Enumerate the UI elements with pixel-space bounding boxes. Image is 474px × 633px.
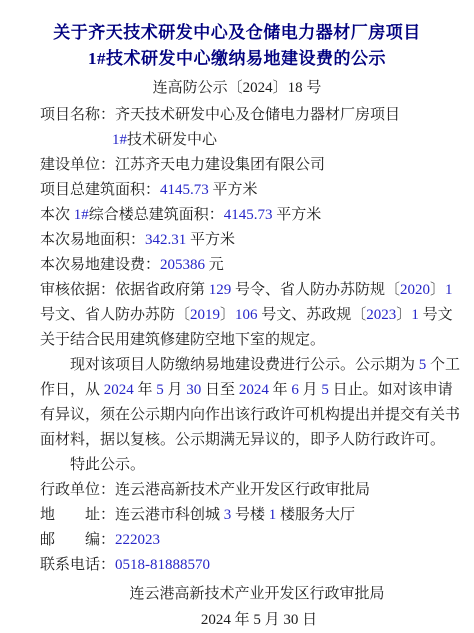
text-segment: 129 bbox=[209, 282, 232, 298]
text-segment: 审核依据：依据省政府第 bbox=[40, 282, 209, 298]
text-segment: 0518-81888570 bbox=[115, 557, 210, 573]
text-segment: 楼服务大厅 bbox=[276, 507, 355, 523]
text-segment: 面材料，据以复核。公示期满无异议的，即予人防行政许可。 bbox=[40, 432, 445, 448]
text-segment: 1 bbox=[411, 307, 419, 323]
text-segment: 205386 bbox=[160, 257, 205, 273]
text-segment: 综合楼总建筑面积： bbox=[89, 207, 224, 223]
doc-number: 连高防公示〔2024〕18 号 bbox=[0, 76, 474, 100]
text-segment: 4145.73 bbox=[224, 207, 273, 223]
text-segment: 5 bbox=[321, 382, 329, 398]
field-project-name: 项目名称：齐天技术研发中心及仓储电力器材厂房项目 bbox=[40, 103, 446, 128]
text-segment: 〕 bbox=[430, 282, 445, 298]
signature-block: 连云港高新技术产业开发区行政审批局 2024 年 5 月 30 日 bbox=[0, 581, 474, 633]
text-segment: 月 bbox=[261, 612, 284, 628]
text-segment: 2024 bbox=[201, 612, 231, 628]
field-project-name-continued: 1#技术研发中心 bbox=[40, 128, 446, 153]
field-postcode: 邮 编：222023 bbox=[40, 528, 446, 553]
text-segment: 1# bbox=[112, 132, 127, 148]
review-basis-line3: 关于结合民用建筑修建防空地下室的规定。 bbox=[40, 328, 446, 353]
text-segment: 5 bbox=[156, 382, 164, 398]
text-segment: 元 bbox=[205, 257, 224, 273]
text-segment: 建设单位：江苏齐天电力建设集团有限公司 bbox=[40, 157, 325, 173]
text-segment: 项目总建筑面积： bbox=[40, 182, 160, 198]
text-segment: 号令、省人防办苏防规〔 bbox=[231, 282, 400, 298]
text-segment: 技术研发中心 bbox=[127, 132, 217, 148]
text-segment: 平方米 bbox=[209, 182, 258, 198]
text-segment: 平方米 bbox=[186, 232, 235, 248]
text-segment: 342.31 bbox=[145, 232, 186, 248]
notice-paragraph-line2: 作日，从 2024 年 5 月 30 日至 2024 年 6 月 5 日止。如对… bbox=[40, 378, 446, 403]
text-segment: 有异议，须在公示期内向作出该行政许可机构提出并提交有关书 bbox=[40, 407, 460, 423]
text-segment: 4145.73 bbox=[160, 182, 209, 198]
text-segment: 现对该项目人防缴纳易地建设费进行公示。公示期为 bbox=[70, 357, 419, 373]
text-segment: 30 bbox=[283, 612, 298, 628]
text-segment: 平方米 bbox=[273, 207, 322, 223]
notice-title-line1: 关于齐天技术研发中心及仓储电力器材厂房项目 bbox=[0, 20, 474, 46]
text-segment: 连高防公示〔 bbox=[153, 80, 243, 96]
text-segment: 号文、苏政规〔 bbox=[258, 307, 367, 323]
text-segment: 〕 bbox=[396, 307, 411, 323]
text-segment: 2024 bbox=[104, 382, 134, 398]
text-segment: 关于结合民用建筑修建防空地下室的规定。 bbox=[40, 332, 325, 348]
text-segment: 2020 bbox=[400, 282, 430, 298]
text-segment: 1 bbox=[445, 282, 453, 298]
text-segment: 106 bbox=[235, 307, 258, 323]
text-segment: 1# bbox=[74, 207, 89, 223]
field-phone: 联系电话：0518-81888570 bbox=[40, 553, 446, 578]
text-segment: 〕 bbox=[220, 307, 235, 323]
text-segment: 2024 bbox=[243, 80, 273, 96]
text-segment: 日 bbox=[298, 612, 317, 628]
field-total-floor-area: 项目总建筑面积：4145.73 平方米 bbox=[40, 178, 446, 203]
signature-org: 连云港高新技术产业开发区行政审批局 bbox=[20, 581, 474, 607]
text-segment: 5 bbox=[253, 612, 261, 628]
text-segment: 项目名称：齐天技术研发中心及仓储电力器材厂房项目 bbox=[40, 107, 400, 123]
text-segment: 6 bbox=[291, 382, 299, 398]
text-segment: 号 bbox=[303, 80, 322, 96]
field-relocation-fee: 本次易地建设费：205386 元 bbox=[40, 253, 446, 278]
text-segment: 18 bbox=[288, 80, 303, 96]
signature-date: 2024 年 5 月 30 日 bbox=[22, 607, 474, 633]
notice-paragraph-line4: 面材料，据以复核。公示期满无异议的，即予人防行政许可。 bbox=[40, 428, 446, 453]
text-segment: 号楼 bbox=[231, 507, 269, 523]
text-segment: 联系电话： bbox=[40, 557, 115, 573]
text-segment: 号文 bbox=[419, 307, 453, 323]
review-basis-line1: 审核依据：依据省政府第 129 号令、省人防办苏防规〔2020〕1 bbox=[40, 278, 446, 303]
text-segment: 邮 编： bbox=[40, 532, 115, 548]
field-relocation-area: 本次易地面积：342.31 平方米 bbox=[40, 228, 446, 253]
text-segment: 作日，从 bbox=[40, 382, 104, 398]
text-segment: 行政单位：连云港高新技术产业开发区行政审批局 bbox=[40, 482, 370, 498]
text-segment: 2023 bbox=[366, 307, 396, 323]
text-segment: 本次易地建设费： bbox=[40, 257, 160, 273]
text-segment: 〕 bbox=[273, 80, 288, 96]
text-segment: 2019 bbox=[190, 307, 220, 323]
text-segment: 日止。如对该申请 bbox=[329, 382, 453, 398]
field-address: 地 址：连云港市科创城 3 号楼 1 楼服务大厅 bbox=[40, 503, 446, 528]
notice-document-page: 关于齐天技术研发中心及仓储电力器材厂房项目 1#技术研发中心缴纳易地建设费的公示… bbox=[0, 0, 474, 633]
notice-title-line2: 1#技术研发中心缴纳易地建设费的公示 bbox=[0, 46, 474, 72]
notice-paragraph-line3: 有异议，须在公示期内向作出该行政许可机构提出并提交有关书 bbox=[40, 403, 446, 428]
notice-body: 项目名称：齐天技术研发中心及仓储电力器材厂房项目 1#技术研发中心 建设单位：江… bbox=[0, 100, 474, 578]
notice-paragraph-line1: 现对该项目人防缴纳易地建设费进行公示。公示期为 5 个工 bbox=[40, 353, 446, 378]
text-segment: 日至 bbox=[201, 382, 239, 398]
text-segment: 30 bbox=[186, 382, 201, 398]
text-segment: 地 址：连云港市科创城 bbox=[40, 507, 224, 523]
text-segment: 月 bbox=[164, 382, 187, 398]
text-segment: 本次 bbox=[40, 207, 74, 223]
field-construction-unit: 建设单位：江苏齐天电力建设集团有限公司 bbox=[40, 153, 446, 178]
text-segment: 年 bbox=[134, 382, 157, 398]
field-admin-unit: 行政单位：连云港高新技术产业开发区行政审批局 bbox=[40, 478, 446, 503]
text-segment: 年 bbox=[231, 612, 254, 628]
text-segment: 特此公示。 bbox=[70, 457, 145, 473]
field-building-floor-area: 本次 1#综合楼总建筑面积：4145.73 平方米 bbox=[40, 203, 446, 228]
text-segment: 本次易地面积： bbox=[40, 232, 145, 248]
review-basis-line2: 号文、省人防办苏防〔2019〕106 号文、苏政规〔2023〕1 号文 bbox=[40, 303, 446, 328]
text-segment: 222023 bbox=[115, 532, 160, 548]
text-segment: 月 bbox=[299, 382, 322, 398]
text-segment: 年 bbox=[269, 382, 292, 398]
closing-statement: 特此公示。 bbox=[40, 453, 446, 478]
text-segment: 个工 bbox=[426, 357, 460, 373]
text-segment: 2024 bbox=[239, 382, 269, 398]
text-segment: 号文、省人防办苏防〔 bbox=[40, 307, 190, 323]
